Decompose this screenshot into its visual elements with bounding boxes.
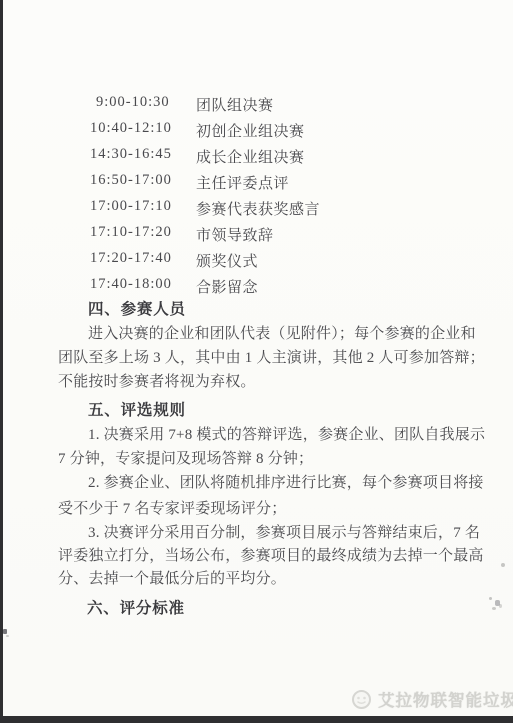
paragraph-line: 3. 决赛评分采用百分制，参赛项目展示与答辩结束后，7 名 (58, 521, 484, 544)
scan-artifact (499, 604, 502, 608)
schedule-event: 颁奖仪式 (196, 250, 258, 271)
paragraph-line: 2. 参赛企业、团队将随机排序进行比赛，每个参赛项目将接 (58, 471, 484, 497)
watermark: 艾拉物联智能垃圾分类 (351, 687, 513, 711)
schedule-event: 团队组决赛 (196, 94, 274, 115)
schedule-time: 17:10-17:20 (90, 224, 196, 241)
schedule-row: 16:50-17:00 主任评委点评 (90, 172, 320, 198)
schedule-event: 初创企业组决赛 (196, 120, 305, 141)
paragraph-line: 不能按时参赛者将视为弃权。 (58, 370, 485, 394)
rules-paragraph-2: 2. 参赛企业、团队将随机排序进行比赛，每个参赛项目将接 受不少于 7 名专家评… (58, 471, 484, 523)
scan-artifact (3, 629, 7, 634)
section-heading-participants: 四、参赛人员 (88, 297, 186, 319)
schedule-time: 17:20-17:40 (90, 250, 196, 267)
rules-paragraph-1: 1. 决赛采用 7+8 模式的答辩评选，参赛企业、团队自我展示 7 分钟，专家提… (58, 423, 485, 471)
event-schedule: 9:00-10:30 团队组决赛 10:40-12:10 初创企业组决赛 14:… (90, 94, 320, 302)
scan-artifact (6, 635, 9, 637)
scan-artifact (489, 597, 492, 600)
schedule-event: 市领导致辞 (196, 224, 274, 245)
watermark-text: 艾拉物联智能垃圾分类 (378, 687, 513, 711)
paragraph-line: 评委独立打分，当场公布，参赛项目的最终成绩为去掉一个最高 (58, 544, 484, 567)
scan-edge-bottom (0, 716, 513, 723)
schedule-time: 16:50-17:00 (90, 172, 196, 189)
schedule-time: 9:00-10:30 (96, 94, 196, 111)
participants-paragraph: 进入决赛的企业和团队代表（见附件）；每个参赛的企业和 团队至多上场 3 人，其中… (58, 322, 485, 394)
paragraph-line: 团队至多上场 3 人，其中由 1 人主演讲，其他 2 人可参加答辩； (58, 346, 485, 370)
watermark-logo-icon (351, 689, 372, 710)
rules-paragraph-3: 3. 决赛评分采用百分制，参赛项目展示与答辩结束后，7 名 评委独立打分，当场公… (58, 521, 484, 590)
schedule-row: 9:00-10:30 团队组决赛 (90, 94, 320, 120)
scan-artifact (501, 563, 505, 567)
scan-artifact (492, 607, 496, 610)
schedule-event: 参赛代表获奖感言 (196, 198, 320, 219)
schedule-row: 17:20-17:40 颁奖仪式 (90, 250, 320, 276)
schedule-time: 17:00-17:10 (90, 198, 196, 215)
schedule-row: 14:30-16:45 成长企业组决赛 (90, 146, 320, 172)
schedule-event: 合影留念 (196, 276, 258, 297)
paragraph-line: 进入决赛的企业和团队代表（见附件）；每个参赛的企业和 (58, 322, 485, 346)
schedule-time: 10:40-12:10 (90, 120, 196, 137)
paragraph-line: 分、去掉一个最低分后的平均分。 (58, 567, 484, 590)
schedule-time: 17:40-18:00 (90, 276, 196, 293)
paragraph-line: 受不少于 7 名专家评委现场评分； (58, 497, 484, 523)
paragraph-line: 7 分钟，专家提问及现场答辩 8 分钟； (58, 447, 485, 471)
schedule-time: 14:30-16:45 (90, 146, 196, 163)
scanned-document-page: 9:00-10:30 团队组决赛 10:40-12:10 初创企业组决赛 14:… (0, 0, 513, 723)
schedule-event: 成长企业组决赛 (196, 146, 305, 167)
section-heading-selection-rules: 五、评选规则 (88, 398, 186, 420)
schedule-row: 17:00-17:10 参赛代表获奖感言 (90, 198, 320, 224)
section-heading-scoring-criteria: 六、评分标准 (87, 596, 185, 618)
paragraph-line: 1. 决赛采用 7+8 模式的答辩评选，参赛企业、团队自我展示 (58, 423, 485, 447)
schedule-row: 17:10-17:20 市领导致辞 (90, 224, 320, 250)
schedule-row: 10:40-12:10 初创企业组决赛 (90, 120, 320, 146)
schedule-event: 主任评委点评 (196, 172, 289, 193)
scan-edge-left (0, 0, 3, 723)
